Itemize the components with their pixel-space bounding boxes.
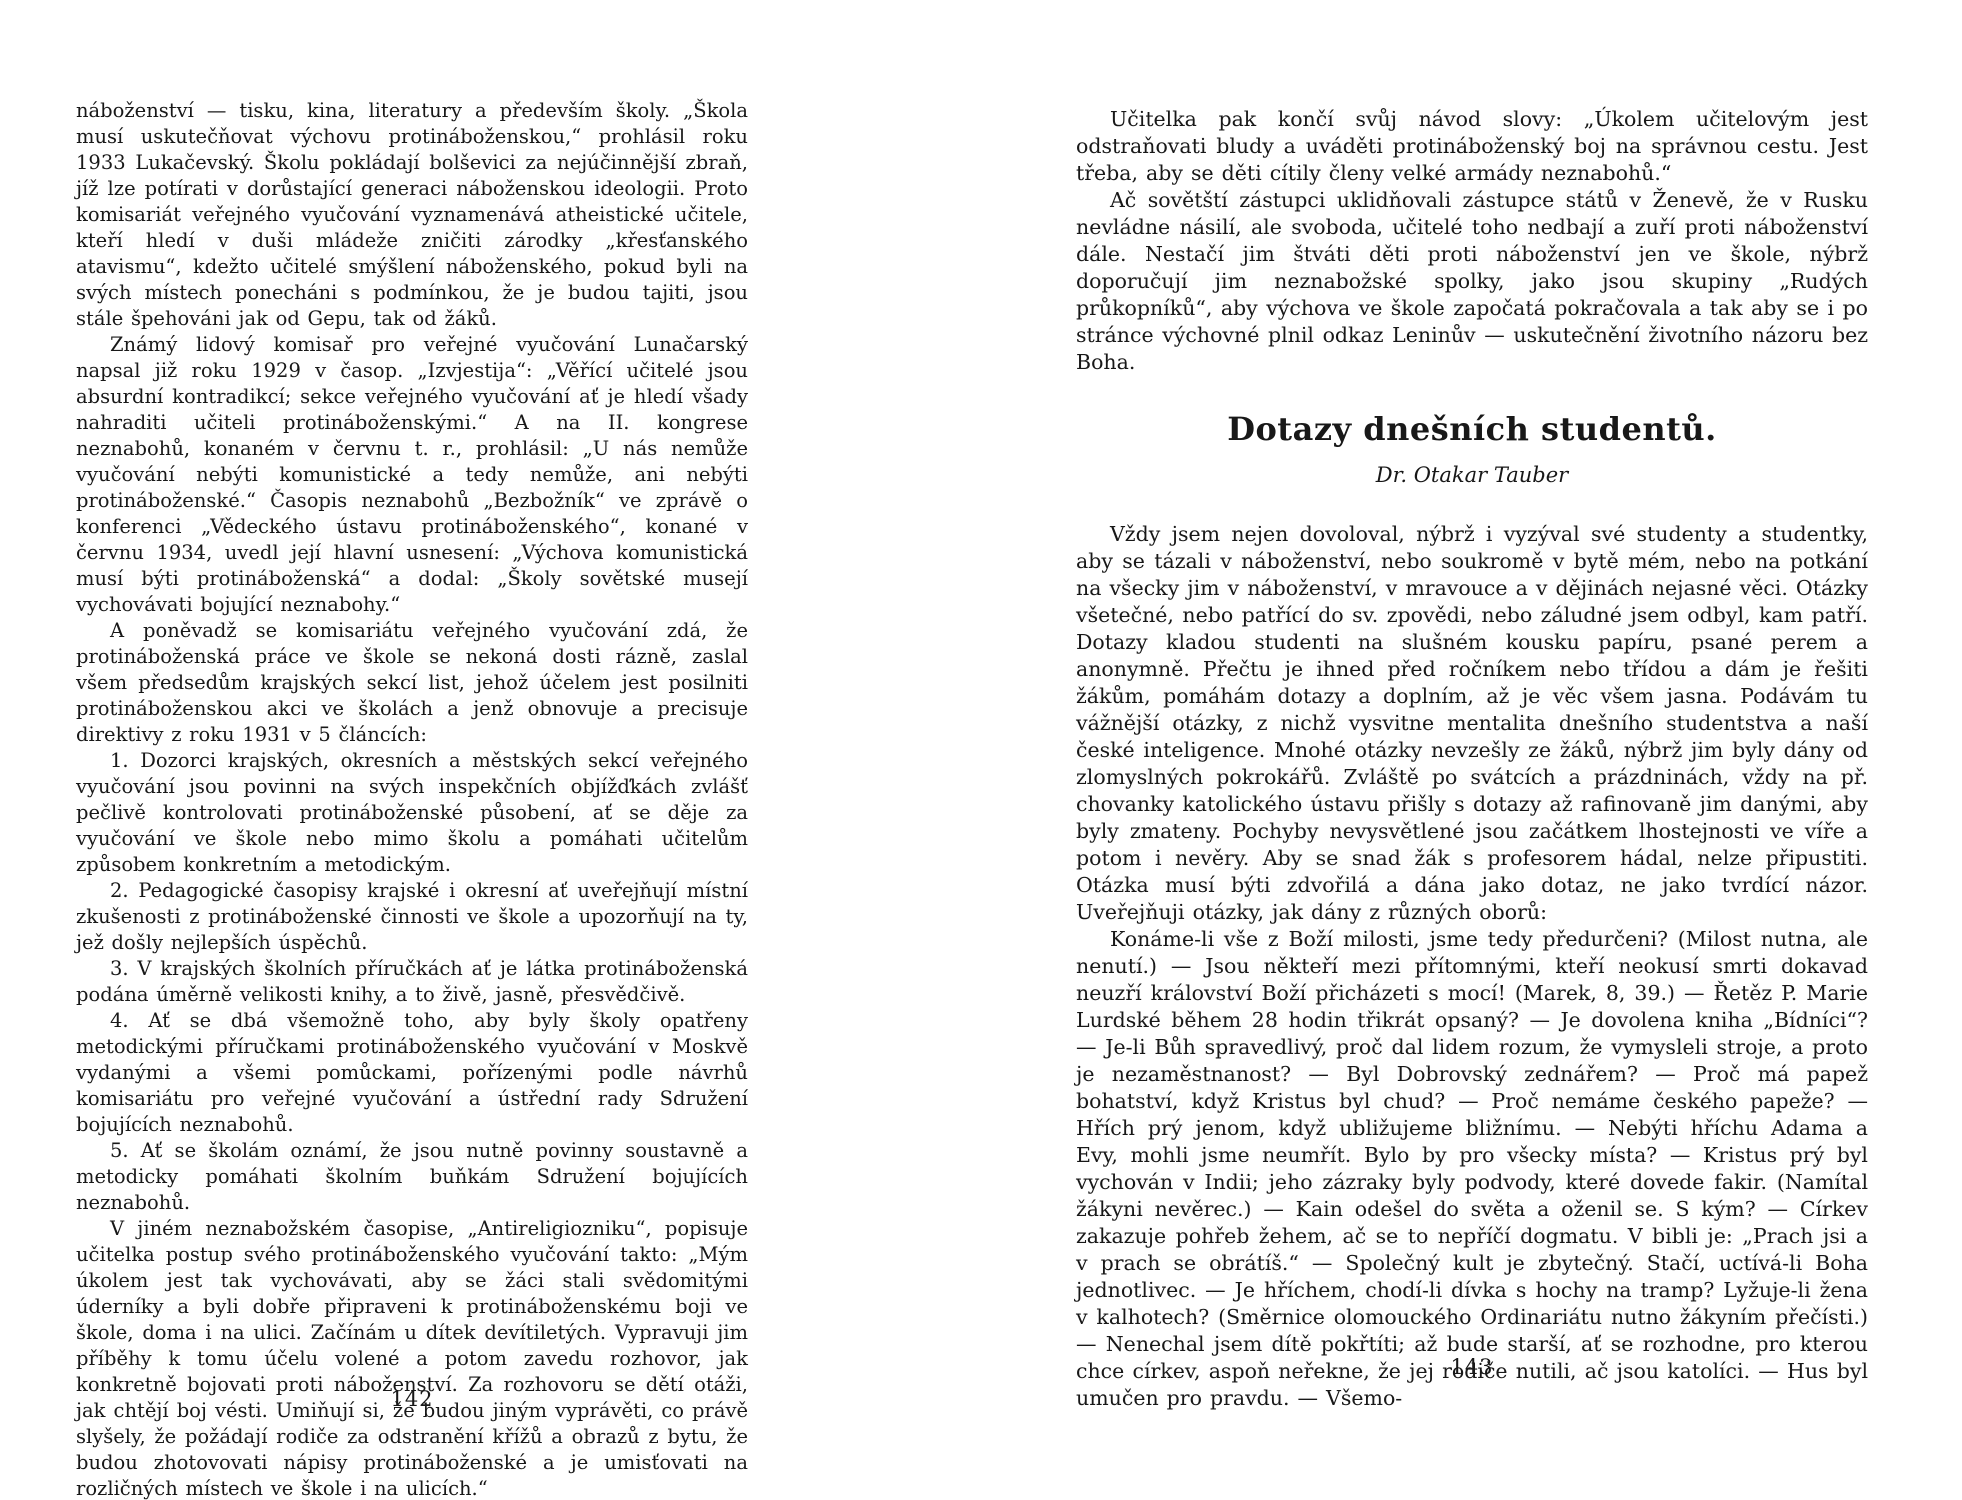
paragraph: Vždy jsem nejen dovoloval, nýbrž i vyzýv… xyxy=(1076,521,1868,926)
paragraph: A poněvadž se komisariátu veřejného vyuč… xyxy=(76,618,748,748)
page-number-left: 142 xyxy=(76,1386,748,1412)
page-143: Učitelka pak končí svůj návod slovy: „Úk… xyxy=(1076,106,1868,1466)
page-number-right: 143 xyxy=(1076,1354,1868,1381)
paragraph-continuation: náboženství — tisku, kina, literatury a … xyxy=(76,98,748,332)
page-142: náboženství — tisku, kina, literatury a … xyxy=(76,98,748,1458)
paragraph: Známý lidový komisař pro veřejné vyučová… xyxy=(76,332,748,618)
scanned-book-spread: { "page_left": { "number": "142", "parag… xyxy=(0,0,1962,1500)
section-heading: Dotazy dnešních studentů. xyxy=(1076,410,1868,448)
list-item-3: 3. V krajských školních příručkách ať je… xyxy=(76,956,748,1008)
list-item-5: 5. Ať se školám oznámí, že jsou nutně po… xyxy=(76,1138,748,1216)
paragraph: Učitelka pak končí svůj návod slovy: „Úk… xyxy=(1076,106,1868,187)
list-item-1: 1. Dozorci krajských, okresních a městsk… xyxy=(76,748,748,878)
paragraph: V jiném neznabožském časopise, „Antireli… xyxy=(76,1216,748,1500)
list-item-4: 4. Ať se dbá všemožně toho, aby byly ško… xyxy=(76,1008,748,1138)
list-item-2: 2. Pedagogické časopisy krajské i okresn… xyxy=(76,878,748,956)
author-name: Dr. Otakar Tauber xyxy=(1076,462,1868,489)
paragraph: Konáme-li vše z Boží milosti, jsme tedy … xyxy=(1076,926,1868,1412)
paragraph: Ač sovětští zástupci uklidňovali zástupc… xyxy=(1076,187,1868,376)
